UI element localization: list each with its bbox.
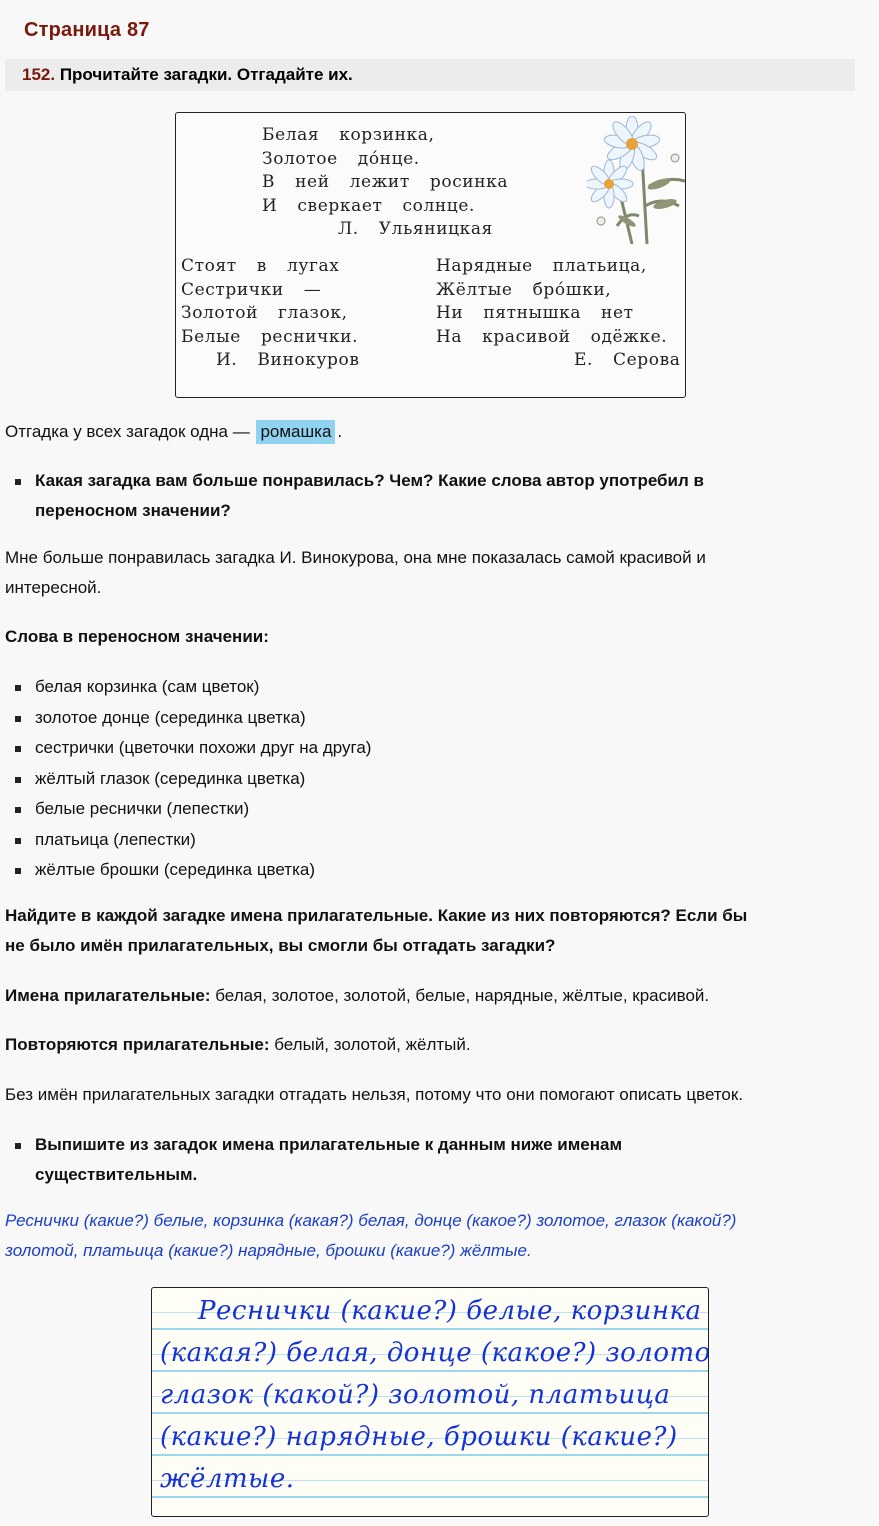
riddle2-author: И. Винокуров (216, 350, 360, 370)
riddle1-line: И сверкает солнце. (262, 196, 475, 216)
figurative-heading: Слова в переносном значении: (5, 622, 269, 652)
list-item: белая корзинка (сам цветок) (35, 672, 259, 702)
riddle2-line: Сестрички — (181, 280, 321, 300)
adjectives-label: Имена прилагательные: (5, 986, 211, 1005)
list-item: золотое донце (серединка цветка) (35, 703, 306, 733)
handwritten-line: жёлтые. (160, 1464, 294, 1494)
handwritten-line: глазок (какой?) золотой, платьица (160, 1380, 670, 1410)
riddles-image: Белая корзинка, Золотое до́нце. В ней ле… (175, 112, 686, 398)
riddle3-author: Е. Серова (574, 350, 681, 370)
adjectives-value: белая, золотое, золотой, белые, нарядные… (211, 986, 710, 1005)
repeated-label: Повторяются прилагательные: (5, 1035, 270, 1054)
riddle2-line: Стоят в лугах (181, 256, 339, 276)
handwritten-line: (какая?) белая, донце (какое?) золотое, (160, 1338, 709, 1368)
repeated-line: Повторяются прилагательные: белый, золот… (5, 1030, 471, 1060)
list-item: платьица (лепестки) (35, 825, 196, 855)
list-item: жёлтые брошки (серединка цветка) (35, 855, 315, 885)
task-header: 152. Прочитайте загадки. Отгадайте их. (5, 59, 855, 91)
reply-favorite-riddle: Мне больше понравилась загадка И. Виноку… (5, 543, 706, 603)
riddle2-line: Золотой глазок, (181, 303, 348, 323)
question-adjectives: Найдите в каждой загадке имена прилагате… (5, 901, 747, 961)
riddle2-line: Белые реснички. (181, 327, 358, 347)
page-title: Страница 87 (24, 19, 150, 42)
repeated-value: белый, золотой, жёлтый. (270, 1035, 471, 1054)
conclusion: Без имён прилагательных загадки отгадать… (5, 1080, 743, 1110)
handwritten-line: Реснички (какие?) белые, корзинка (198, 1296, 702, 1326)
answer-line: Отгадка у всех загадок одна — ромашка. (5, 417, 342, 447)
list-item: жёлтый глазок (серединка цветка) (35, 764, 305, 794)
riddle3-line: Ни пятнышка нет (436, 303, 634, 323)
list-item: белые реснички (лепестки) (35, 794, 249, 824)
riddle1-line: В ней лежит росинка (262, 172, 508, 192)
answer-highlight: ромашка (256, 420, 335, 444)
riddle3-line: Жёлтые бро́шки, (436, 280, 611, 300)
task-text: Прочитайте загадки. Отгадайте их. (60, 65, 353, 84)
question-favorite-riddle: Какая загадка вам больше понравилась? Че… (35, 466, 704, 526)
riddle3-line: Нарядные платьица, (436, 256, 647, 276)
riddle3-line: На красивой одёжке. (436, 327, 667, 347)
riddle1-line: Золотое до́нце. (262, 149, 420, 169)
riddle1-line: Белая корзинка, (262, 125, 434, 145)
answer-suffix: . (337, 422, 342, 441)
adjectives-line: Имена прилагательные: белая, золотое, зо… (5, 981, 709, 1011)
typed-answer: Реснички (какие?) белые, корзинка (какая… (5, 1206, 736, 1266)
list-item: сестрички (цветочки похожи друг на друга… (35, 733, 371, 763)
handwritten-answer-image: Реснички (какие?) белые, корзинка (какая… (151, 1287, 709, 1517)
riddle1-author: Л. Ульяницкая (338, 219, 493, 239)
question-write-out: Выпишите из загадок имена прилагательные… (35, 1130, 622, 1190)
handwritten-line: (какие?) нарядные, брошки (какие?) (160, 1422, 678, 1452)
task-number: 152. (22, 65, 55, 84)
answer-prefix: Отгадка у всех загадок одна — (5, 422, 250, 441)
chamomile-flower-icon (587, 116, 687, 244)
